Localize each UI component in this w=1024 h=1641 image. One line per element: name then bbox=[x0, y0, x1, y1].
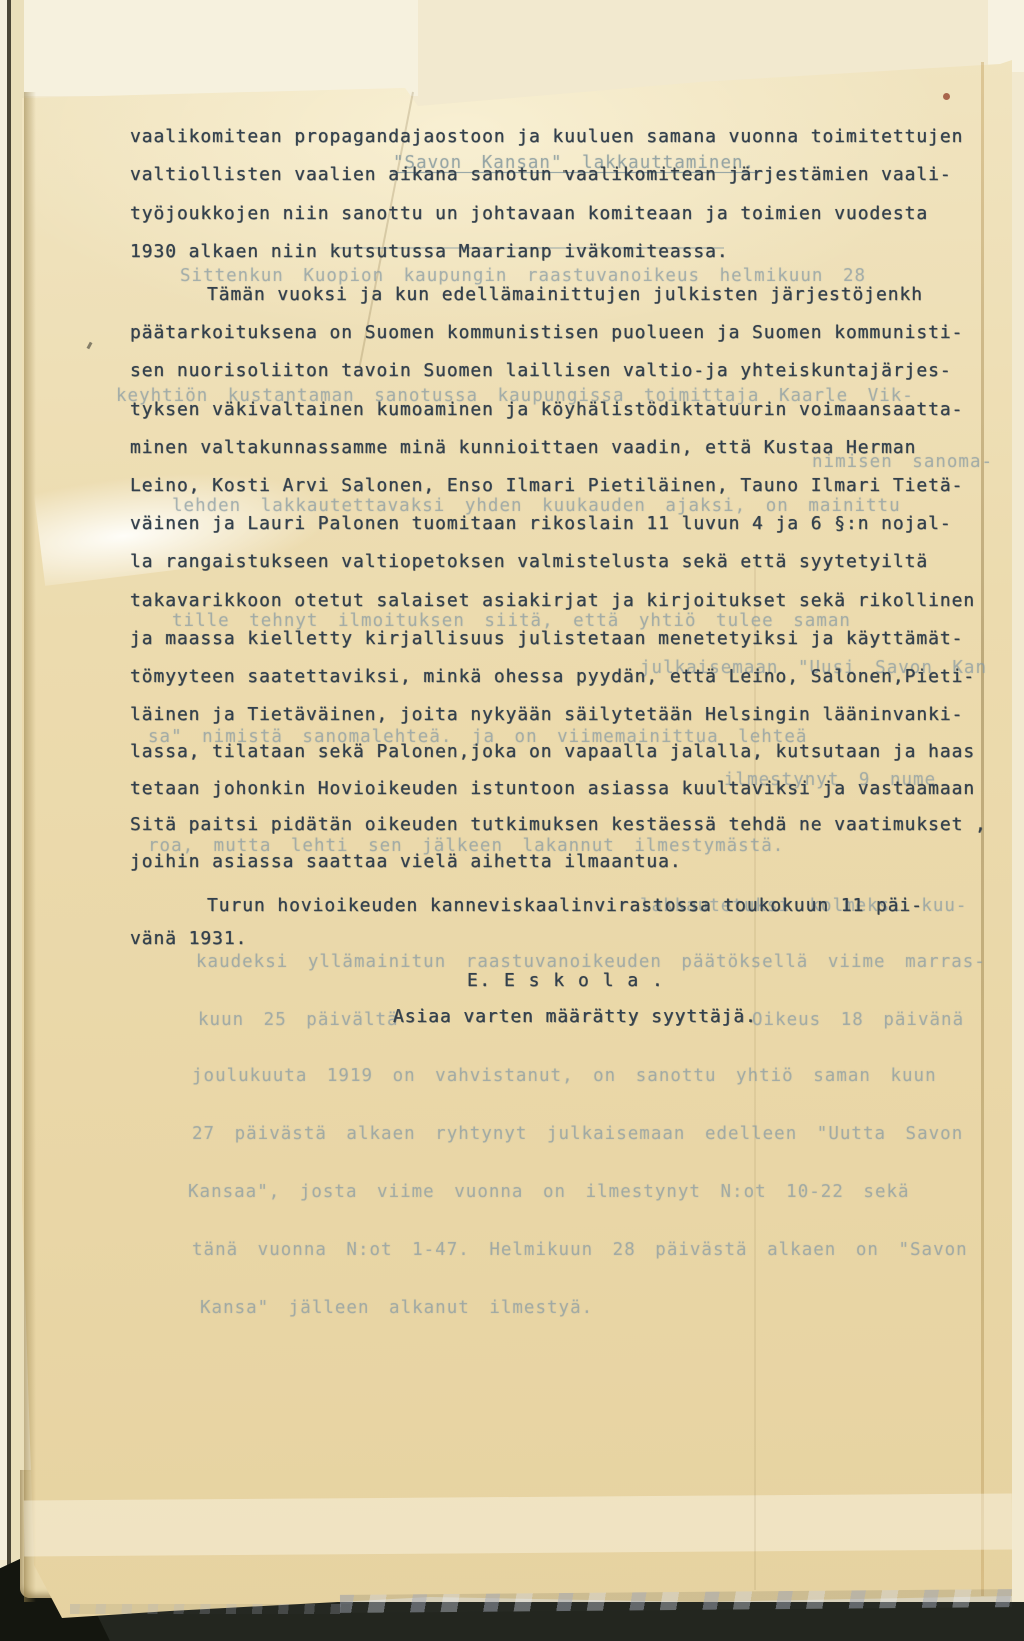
bleed-line: kuun 25 päivältä bbox=[198, 1010, 399, 1030]
bleed-line: joulukuuta 1919 on vahvistanut, on sanot… bbox=[192, 1066, 937, 1086]
typed-line: vaalikomitean propagandajaostoon ja kuul… bbox=[130, 126, 963, 147]
typed-line: tetaan johonkin Hovioikeuden istuntoon a… bbox=[130, 778, 975, 799]
typed-line: ja maassa kielletty kirjallisuus juliste… bbox=[130, 628, 963, 649]
typed-line: joihin asiassa saattaa vielä aihetta ilm… bbox=[130, 851, 682, 872]
typed-line: takavarikkoon otetut salaiset asiakirjat… bbox=[130, 590, 975, 611]
bleed-line: kaudeksi yllämainitun raastuvanoikeuden … bbox=[196, 952, 986, 972]
typed-line: minen valtakunnassamme minä kunnioittaen… bbox=[130, 437, 916, 458]
backing-sheet-top-right bbox=[988, 0, 1024, 72]
bottom-fold-band bbox=[24, 1494, 1012, 1557]
typed-line: 1930 alkaen niin kutsutussa Maarianp ivä… bbox=[130, 241, 729, 262]
typed-line: valtiollisten vaalien aikana sanotun vaa… bbox=[130, 164, 952, 185]
bottom-edge-marbling bbox=[70, 1604, 350, 1614]
typed-line: väinen ja Lauri Palonen tuomitaan rikosl… bbox=[130, 513, 952, 534]
closing-date-line: vänä 1931. bbox=[130, 928, 247, 949]
typed-line: läinen ja Tietäväinen, joita nykyään säi… bbox=[130, 704, 963, 725]
signature-role: Asiaa varten määrätty syyttäjä. bbox=[393, 1006, 757, 1027]
typed-line: sen nuorisoliiton tavoin Suomen laillise… bbox=[130, 360, 952, 381]
scanned-document-page: "Savon Kansan" lakkauttaminen. Sittenkun… bbox=[0, 0, 1024, 1641]
bleed-line: Oikeus 18 päivänä bbox=[752, 1010, 964, 1030]
backing-sheet-top-corner bbox=[8, 0, 418, 96]
typed-line: työjoukkojen niin sanottu un johtavaan k… bbox=[130, 203, 928, 224]
bleed-line: Sittenkun Kuopion kaupungin raastuvanoik… bbox=[180, 266, 866, 286]
bleed-line: Kansaa", josta viime vuonna on ilmestyny… bbox=[188, 1182, 910, 1202]
typed-line: Leino, Kosti Arvi Salonen, Enso Ilmari P… bbox=[130, 475, 963, 496]
bleed-line: tänä vuonna N:ot 1-47. Helmikuun 28 päiv… bbox=[192, 1240, 968, 1260]
typed-line: tyksen väkivaltainen kumoaminen ja köyhä… bbox=[130, 399, 963, 420]
typed-line: päätarkoituksena on Suomen kommunistisen… bbox=[130, 322, 963, 343]
typed-line: Sitä paitsi pidätän oikeuden tutkimuksen… bbox=[130, 814, 987, 835]
typed-line: lassa, tilataan sekä Palonen,joka on vap… bbox=[130, 741, 975, 762]
page-left-shadow bbox=[24, 92, 36, 1602]
typed-line-paragraph-start: Tämän vuoksi ja kun edellämainittujen ju… bbox=[207, 284, 923, 305]
bleed-line: Kansa" jälleen alkanut ilmestyä. bbox=[200, 1298, 593, 1318]
bleed-line: 27 päivästä alkaen ryhtynyt julkaisemaan… bbox=[192, 1124, 963, 1144]
typed-line: la rangaistukseen valtiopetoksen valmist… bbox=[130, 551, 928, 572]
closing-line: Turun hovioikeuden kanneviskaalinvirasto… bbox=[207, 895, 923, 916]
page-stack-edge bbox=[0, 0, 7, 1560]
typed-line: tömyyteen saatettaviksi, minkä ohessa py… bbox=[130, 666, 975, 687]
signature-name: E. E s k o l a . bbox=[467, 970, 664, 991]
ink-spot bbox=[943, 93, 950, 100]
